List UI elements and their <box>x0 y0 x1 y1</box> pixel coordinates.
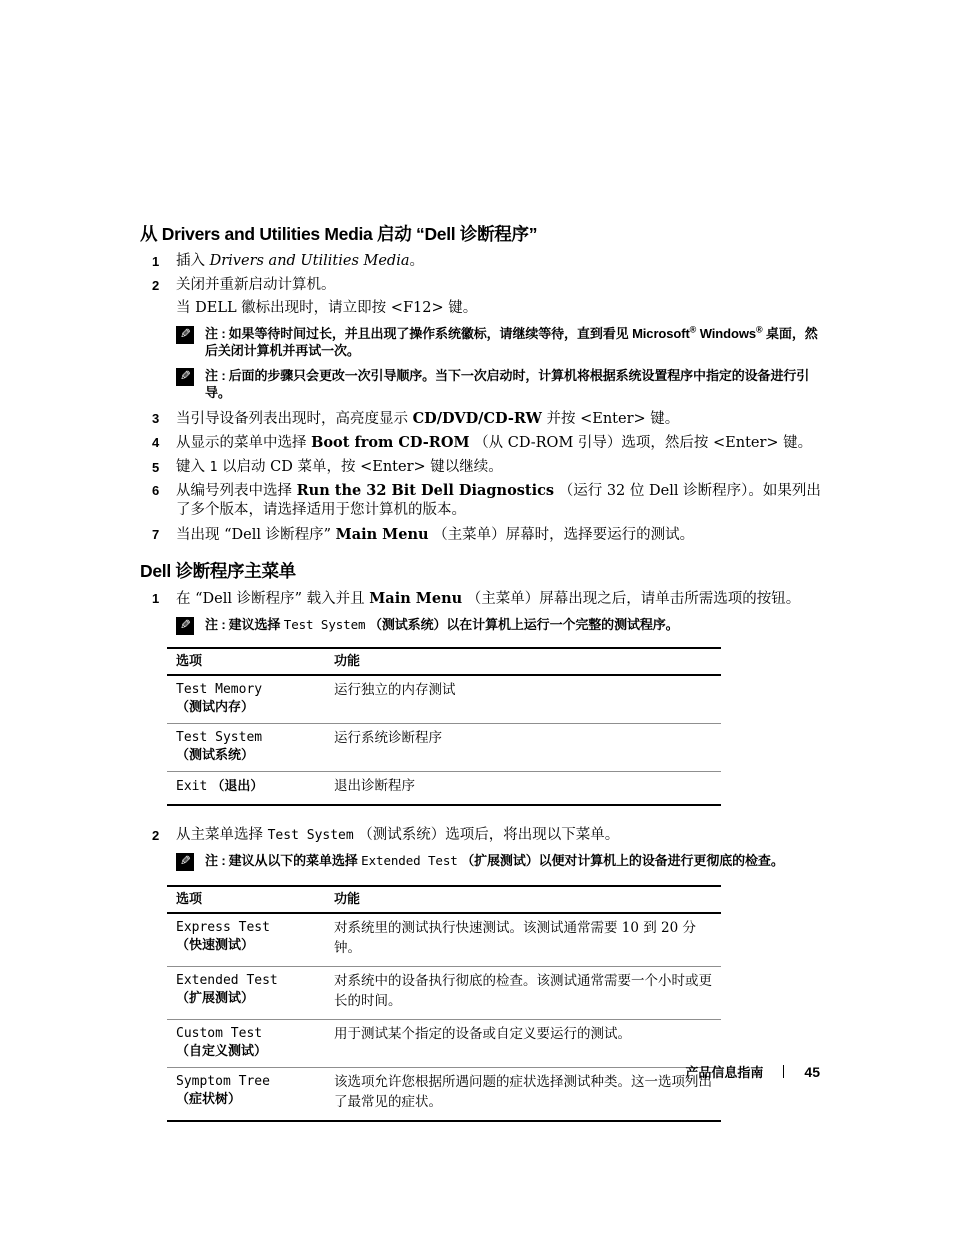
text-run: 从显示的菜单中选择 <box>176 435 311 451</box>
option-description: 运行独立的内存测试 <box>325 675 721 724</box>
step-text: 当出现 “Dell 诊断程序” Main Menu （主菜单）屏幕时，选择要运行… <box>176 525 824 545</box>
text-run: 当出现 “Dell 诊断程序” <box>176 527 336 543</box>
step-text: 在 “Dell 诊断程序” 载入并且 Main Menu （主菜单）屏幕出现之后… <box>176 589 824 609</box>
text-run: 建议从以下的菜单选择 <box>229 853 362 868</box>
column-header-function: 功能 <box>325 648 721 675</box>
option-name-cn: （测试系统） <box>176 746 317 763</box>
step-6: 6 从编号列表中选择 Run the 32 Bit Dell Diagnosti… <box>140 481 824 520</box>
note-label: 注 : <box>205 617 226 632</box>
text-run: （从 CD-ROM 引导）选项，然后按 <Enter> 键。 <box>470 435 813 451</box>
note-pencil-icon: ✎ <box>176 326 194 344</box>
option-cell: Custom Test（自定义测试） <box>167 1020 325 1068</box>
pencil-glyph: ✎ <box>180 326 191 343</box>
text-run: 并按 <Enter> 键。 <box>542 411 679 427</box>
option-cell: Express Test（快速测试） <box>167 913 325 967</box>
table-row: Exit（退出） 退出诊断程序 <box>167 771 721 805</box>
note-label: 注 : <box>205 326 226 341</box>
text-run: 从主菜单选择 <box>176 827 268 843</box>
text-run: （测试系统）以在计算机上运行一个完整的测试程序。 <box>365 617 678 632</box>
mono-run: Test System <box>268 828 354 843</box>
note-label: 注 : <box>205 853 226 868</box>
bold-run: Run the 32 Bit Dell Diagnostics <box>297 482 555 499</box>
note-text: 注 :后面的步骤只会更改一次引导顺序。当下一次启动时，计算机将根据系统设置程序中… <box>205 367 824 402</box>
text-run: 如果等待时间过长，并且出现了操作系统徽标，请继续等待，直到看见 Microsof… <box>229 326 690 341</box>
option-name-cn: （退出） <box>211 778 263 793</box>
page-content: 从 Drivers and Utilities Media 启动 “Dell 诊… <box>140 223 824 1122</box>
step-text: 从编号列表中选择 Run the 32 Bit Dell Diagnostics… <box>176 481 824 520</box>
step-5: 5 键入 1 以启动 CD 菜单，按 <Enter> 键以继续。 <box>140 458 824 477</box>
menu-step-1: 1 在 “Dell 诊断程序” 载入并且 Main Menu （主菜单）屏幕出现… <box>140 589 824 609</box>
step-2: 2 关闭并重新启动计算机。 当 DELL 徽标出现时，请立即按 <F12> 键。 <box>140 276 824 318</box>
text-run: 当引导设备列表出现时，高亮度显示 <box>176 411 413 427</box>
note-pencil-icon: ✎ <box>176 853 194 871</box>
option-cell: Extended Test（扩展测试） <box>167 967 325 1020</box>
text-run: （主菜单）屏幕时，选择要运行的测试。 <box>429 527 695 543</box>
option-name: Test System <box>176 730 262 745</box>
text-run: 后面的步骤只会更改一次引导顺序。当下一次启动时，计算机将根据系统设置程序中指定的… <box>205 368 809 401</box>
option-description: 用于测试某个指定的设备或自定义要运行的测试。 <box>325 1020 721 1068</box>
step-1: 1 插入 Drivers and Utilities Media。 <box>140 252 824 271</box>
option-name: Express Test <box>176 920 270 935</box>
note-pencil-icon: ✎ <box>176 368 194 386</box>
step-text: 键入 1 以启动 CD 菜单，按 <Enter> 键以继续。 <box>176 458 824 477</box>
section1-heading: 从 Drivers and Utilities Media 启动 “Dell 诊… <box>140 223 824 245</box>
step-text: 从主菜单选择 Test System （测试系统）选项后，将出现以下菜单。 <box>176 826 824 845</box>
step-text: 从显示的菜单中选择 Boot from CD-ROM （从 CD-ROM 引导）… <box>176 433 824 453</box>
step-number: 6 <box>140 481 176 520</box>
step-number: 2 <box>140 276 176 318</box>
step-4: 4 从显示的菜单中选择 Boot from CD-ROM （从 CD-ROM 引… <box>140 433 824 453</box>
note-text: 注 :如果等待时间过长，并且出现了操作系统徽标，请继续等待，直到看见 Micro… <box>205 325 824 360</box>
option-name: Exit <box>176 779 207 794</box>
option-description: 退出诊断程序 <box>325 771 721 805</box>
note-block: ✎ 注 :建议选择 Test System （测试系统）以在计算机上运行一个完整… <box>176 616 824 635</box>
text-run: 从编号列表中选择 <box>176 483 297 499</box>
text-run: 以启动 CD 菜单，按 <Enter> 键以继续。 <box>217 459 502 475</box>
note-pencil-icon: ✎ <box>176 617 194 635</box>
option-name: Custom Test <box>176 1026 262 1041</box>
test-system-options-table: 选项 功能 Express Test（快速测试） 对系统里的测试执行快速测试。该… <box>167 885 721 1122</box>
table-row: Test System（测试系统） 运行系统诊断程序 <box>167 723 721 771</box>
step-number: 1 <box>140 252 176 271</box>
table-row: Express Test（快速测试） 对系统里的测试执行快速测试。该测试通常需要… <box>167 913 721 967</box>
section2-heading: Dell 诊断程序主菜单 <box>140 560 824 582</box>
step-text: 当引导设备列表出现时，高亮度显示 CD/DVD/CD-RW 并按 <Enter>… <box>176 409 824 429</box>
option-description: 对系统里的测试执行快速测试。该测试通常需要 10 到 20 分钟。 <box>325 913 721 967</box>
text-run: Windows <box>696 326 756 341</box>
option-name: Test Memory <box>176 682 262 697</box>
table-row: Test Memory（测试内存） 运行独立的内存测试 <box>167 675 721 724</box>
step-3: 3 当引导设备列表出现时，高亮度显示 CD/DVD/CD-RW 并按 <Ente… <box>140 409 824 429</box>
text-run: 键入 <box>176 459 210 475</box>
option-name-cn: （症状树） <box>176 1090 317 1107</box>
menu-step-2: 2 从主菜单选择 Test System （测试系统）选项后，将出现以下菜单。 <box>140 826 824 845</box>
text-run: （测试系统）选项后，将出现以下菜单。 <box>354 827 620 843</box>
bold-run: Boot from CD-ROM <box>311 434 469 451</box>
table-row: Extended Test（扩展测试） 对系统中的设备执行彻底的检查。该测试通常… <box>167 967 721 1020</box>
step-number: 3 <box>140 409 176 429</box>
step-number: 2 <box>140 826 176 845</box>
column-header-option: 选项 <box>167 648 325 675</box>
option-description: 运行系统诊断程序 <box>325 723 721 771</box>
note-block: ✎ 注 :建议从以下的菜单选择 Extended Test （扩展测试）以便对计… <box>176 852 824 871</box>
mono-run: Test System <box>284 617 366 632</box>
italic-title-run: Drivers and Utilities Media <box>210 253 410 269</box>
step-text: 关闭并重新启动计算机。 当 DELL 徽标出现时，请立即按 <F12> 键。 <box>176 276 824 318</box>
bold-run: Main Menu <box>336 526 429 543</box>
note-label: 注 : <box>205 368 226 383</box>
step-number: 7 <box>140 525 176 545</box>
note-block: ✎ 注 :如果等待时间过长，并且出现了操作系统徽标，请继续等待，直到看见 Mic… <box>176 325 824 360</box>
option-description: 对系统中的设备执行彻底的检查。该测试通常需要一个小时或更长的时间。 <box>325 967 721 1020</box>
text-run: 。 <box>409 253 424 269</box>
column-header-function: 功能 <box>325 886 721 913</box>
text-run: （主菜单）屏幕出现之后，请单击所需选项的按钮。 <box>462 591 800 607</box>
step-7: 7 当出现 “Dell 诊断程序” Main Menu （主菜单）屏幕时，选择要… <box>140 525 824 545</box>
mono-run: Extended Test <box>361 853 458 868</box>
table-row: Custom Test（自定义测试） 用于测试某个指定的设备或自定义要运行的测试… <box>167 1020 721 1068</box>
option-name-cn: （测试内存） <box>176 698 317 715</box>
text-run: 建议选择 <box>229 617 284 632</box>
text-run: 插入 <box>176 253 210 269</box>
footer-divider <box>783 1065 784 1078</box>
document-page: 从 Drivers and Utilities Media 启动 “Dell 诊… <box>0 0 954 1235</box>
note-text: 注 :建议选择 Test System （测试系统）以在计算机上运行一个完整的测… <box>205 616 824 635</box>
main-menu-options-table: 选项 功能 Test Memory（测试内存） 运行独立的内存测试 Test S… <box>167 647 721 807</box>
option-cell: Exit（退出） <box>167 771 325 805</box>
page-footer: 产品信息指南 45 <box>0 1062 820 1081</box>
column-header-option: 选项 <box>167 886 325 913</box>
option-cell: Test Memory（测试内存） <box>167 675 325 724</box>
pencil-glyph: ✎ <box>180 368 191 385</box>
option-name-cn: （自定义测试） <box>176 1042 317 1059</box>
pencil-glyph: ✎ <box>180 617 191 634</box>
text-run: （扩展测试）以便对计算机上的设备进行更彻底的检查。 <box>458 853 784 868</box>
option-name-cn: （快速测试） <box>176 936 317 953</box>
option-name: Extended Test <box>176 973 278 988</box>
text-run: 在 “Dell 诊断程序” 载入并且 <box>176 591 369 607</box>
step-number: 5 <box>140 458 176 477</box>
step-text: 插入 Drivers and Utilities Media。 <box>176 252 824 271</box>
footer-page-number: 45 <box>804 1064 820 1080</box>
table-header-row: 选项 功能 <box>167 886 721 913</box>
step-number: 4 <box>140 433 176 453</box>
option-cell: Test System（测试系统） <box>167 723 325 771</box>
table-header-row: 选项 功能 <box>167 648 721 675</box>
pencil-glyph: ✎ <box>180 853 191 870</box>
sub-paragraph: 当 DELL 徽标出现时，请立即按 <F12> 键。 <box>176 299 824 318</box>
note-text: 注 :建议从以下的菜单选择 Extended Test （扩展测试）以便对计算机… <box>205 852 824 871</box>
step-number: 1 <box>140 589 176 609</box>
option-name-cn: （扩展测试） <box>176 989 317 1006</box>
bold-run: CD/DVD/CD-RW <box>413 410 542 427</box>
note-block: ✎ 注 :后面的步骤只会更改一次引导顺序。当下一次启动时，计算机将根据系统设置程… <box>176 367 824 402</box>
text-run: 关闭并重新启动计算机。 <box>176 276 824 295</box>
bold-run: Main Menu <box>369 590 462 607</box>
footer-doc-title: 产品信息指南 <box>685 1062 763 1081</box>
